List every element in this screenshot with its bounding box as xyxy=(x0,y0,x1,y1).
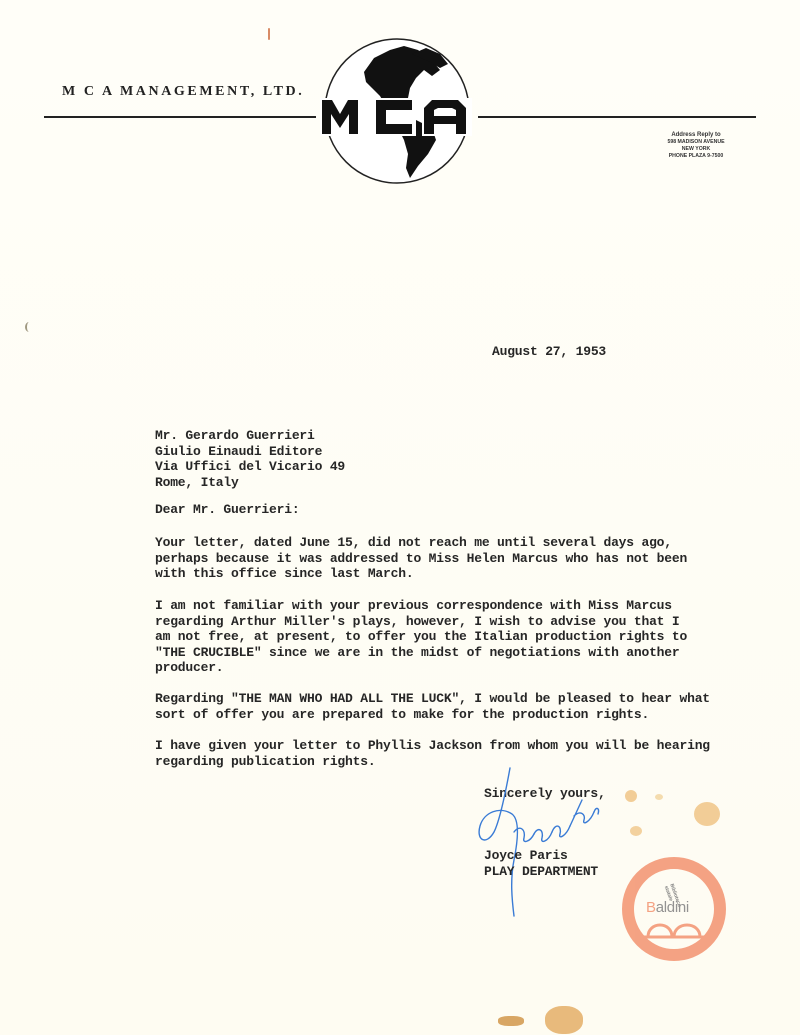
letterhead-rule-left xyxy=(44,116,316,118)
recipient-name: Mr. Gerardo Guerrieri xyxy=(155,428,345,444)
signer-department: PLAY DEPARTMENT xyxy=(484,864,598,880)
signer-name: Joyce Paris xyxy=(484,848,568,864)
recipient-address: Mr. Gerardo GuerrieriGiulio Einaudi Edit… xyxy=(155,428,345,490)
paragraph-3: Regarding "THE MAN WHO HAD ALL THE LUCK"… xyxy=(155,691,755,722)
reply-label: Address Reply to xyxy=(640,132,752,139)
paper-stain xyxy=(25,322,33,332)
paper-stain xyxy=(498,1016,524,1026)
letter-date: August 27, 1953 xyxy=(492,344,606,360)
letterhead-rule-right xyxy=(478,116,756,118)
library-stamp: Biblioteca statale Baldini xyxy=(622,857,726,961)
mca-globe-logo xyxy=(312,36,482,186)
paper-stain xyxy=(625,790,637,802)
paper-stain xyxy=(694,802,720,826)
paragraph-4: I have given your letter to Phyllis Jack… xyxy=(155,738,755,769)
paragraph-2: I am not familiar with your previous cor… xyxy=(155,598,755,676)
stamp-brand-rest: aldini xyxy=(656,899,689,916)
paper-stain xyxy=(268,28,270,40)
stamp-brand-initial: B xyxy=(646,899,656,916)
letter-page: M C A MANAGEMENT, LTD. Address Reply to … xyxy=(0,0,800,1035)
paper-stain xyxy=(545,1006,583,1034)
recipient-city: Rome, Italy xyxy=(155,475,345,491)
recipient-company: Giulio Einaudi Editore xyxy=(155,444,345,460)
reply-street: 598 MADISON AVENUE xyxy=(640,139,752,146)
handwritten-signature xyxy=(470,760,610,920)
paragraph-1: Your letter, dated June 15, did not reac… xyxy=(155,535,755,582)
salutation: Dear Mr. Guerrieri: xyxy=(155,502,299,518)
open-book-icon xyxy=(644,917,704,939)
recipient-street: Via Uffici del Vicario 49 xyxy=(155,459,345,475)
reply-phone: PHONE PLAZA 9-7500 xyxy=(640,153,752,160)
company-name: M C A MANAGEMENT, LTD. xyxy=(62,84,304,100)
stamp-brand: Baldini xyxy=(646,899,689,916)
paper-stain xyxy=(655,794,663,800)
reply-address-block: Address Reply to 598 MADISON AVENUE NEW … xyxy=(640,132,752,160)
paper-stain xyxy=(630,826,642,836)
closing: Sincerely yours, xyxy=(484,786,606,802)
reply-city: NEW YORK xyxy=(640,146,752,153)
